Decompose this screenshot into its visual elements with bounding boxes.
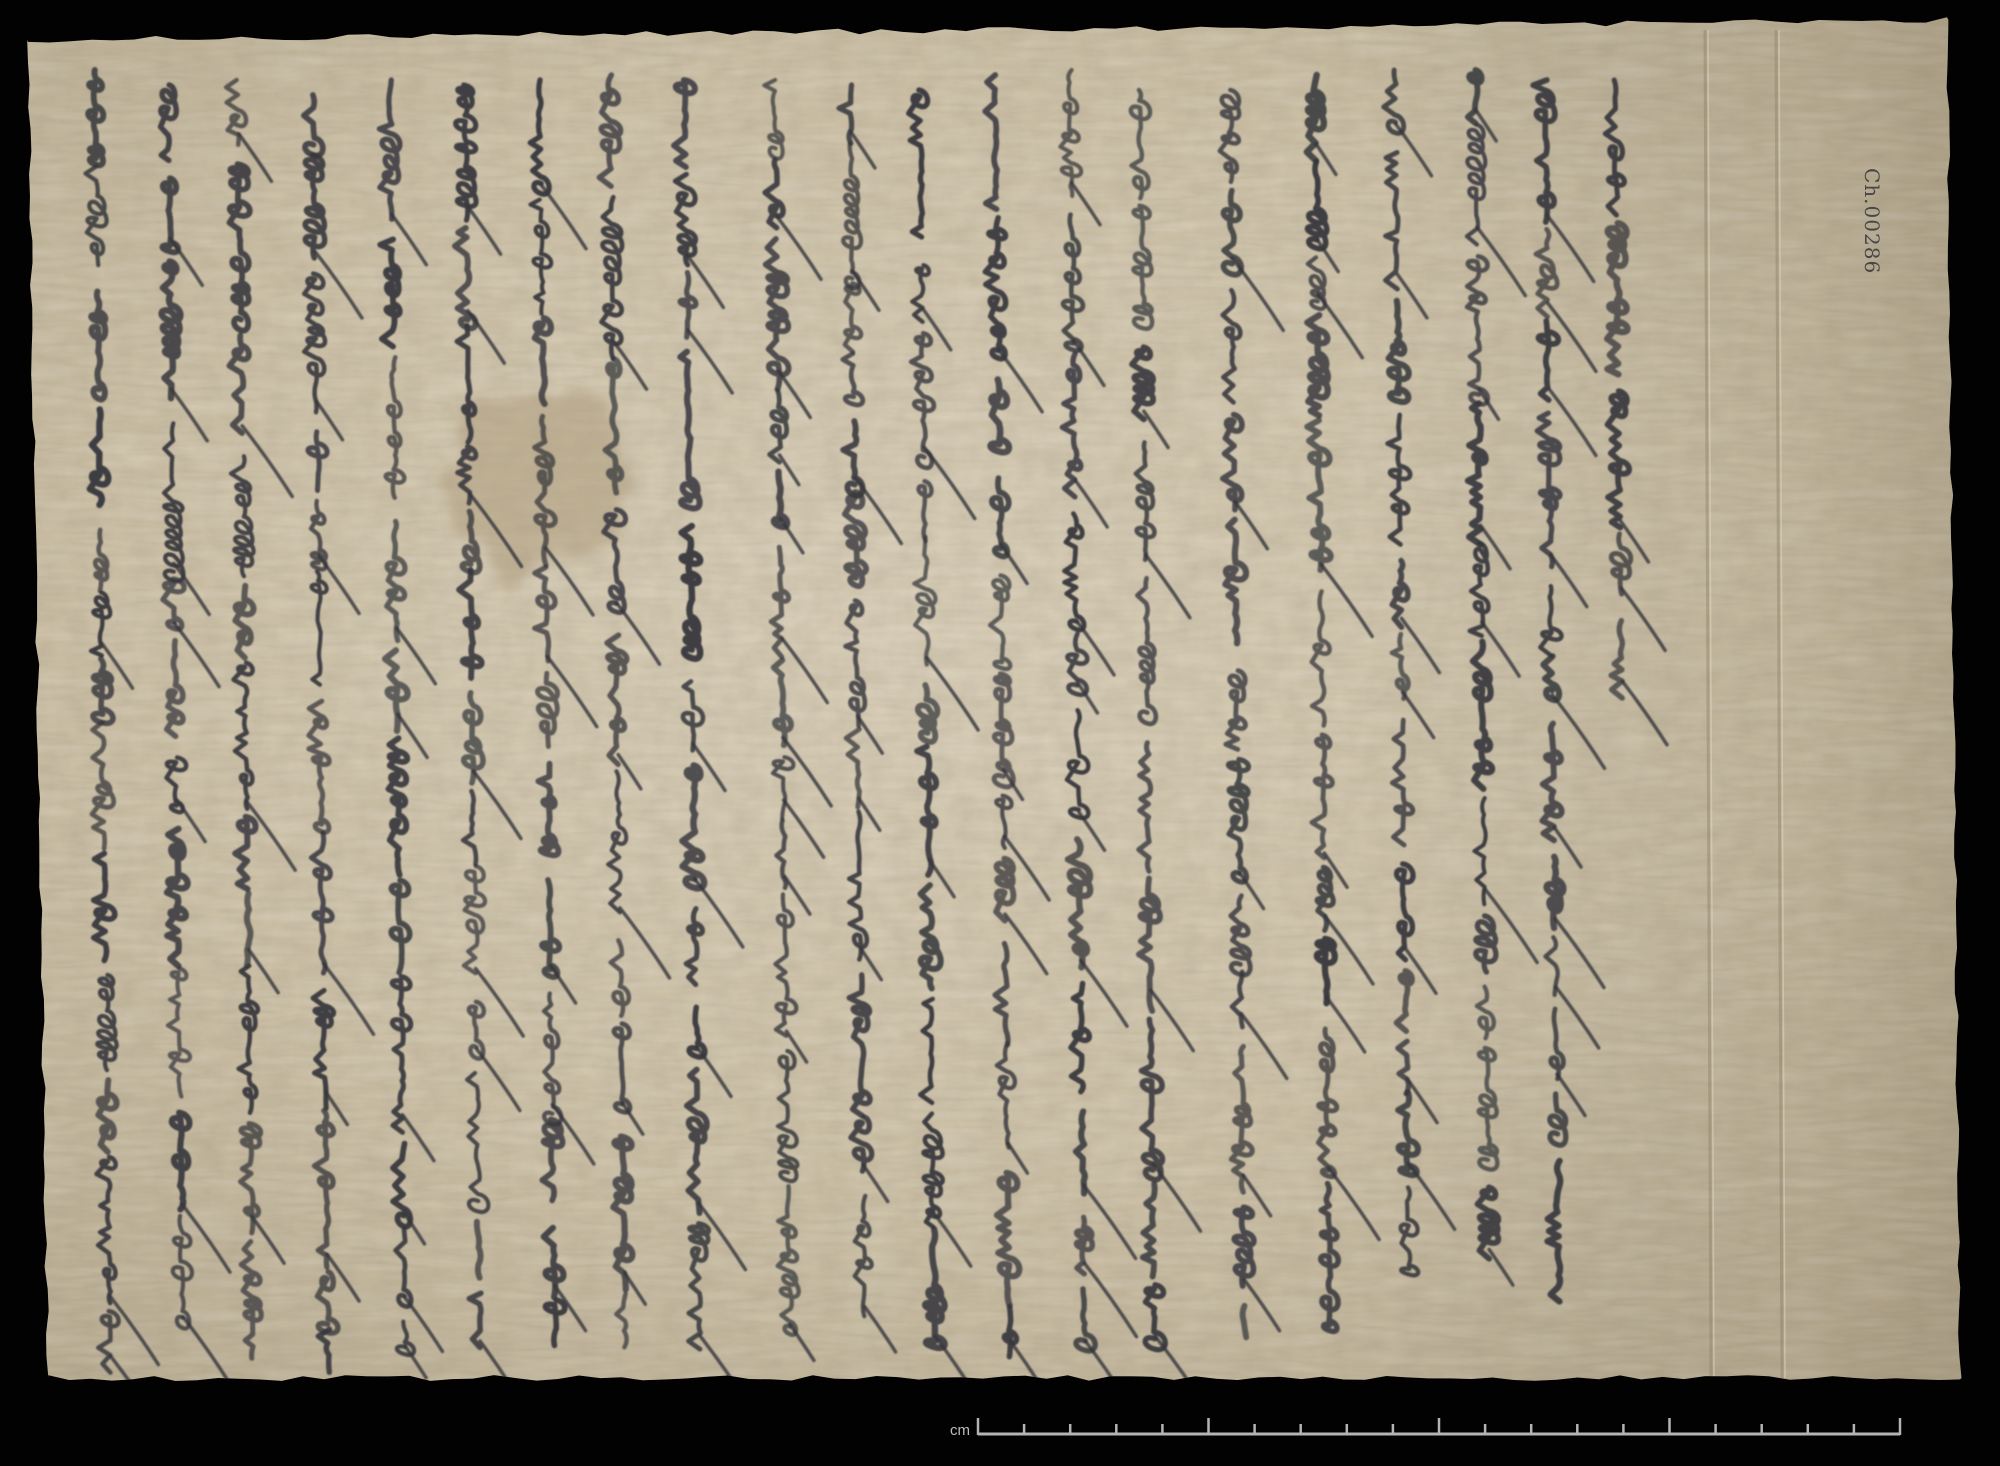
photo-stage: Ch.00286 cm <box>0 0 2000 1466</box>
centimetre-scale-bar <box>0 0 2000 1466</box>
